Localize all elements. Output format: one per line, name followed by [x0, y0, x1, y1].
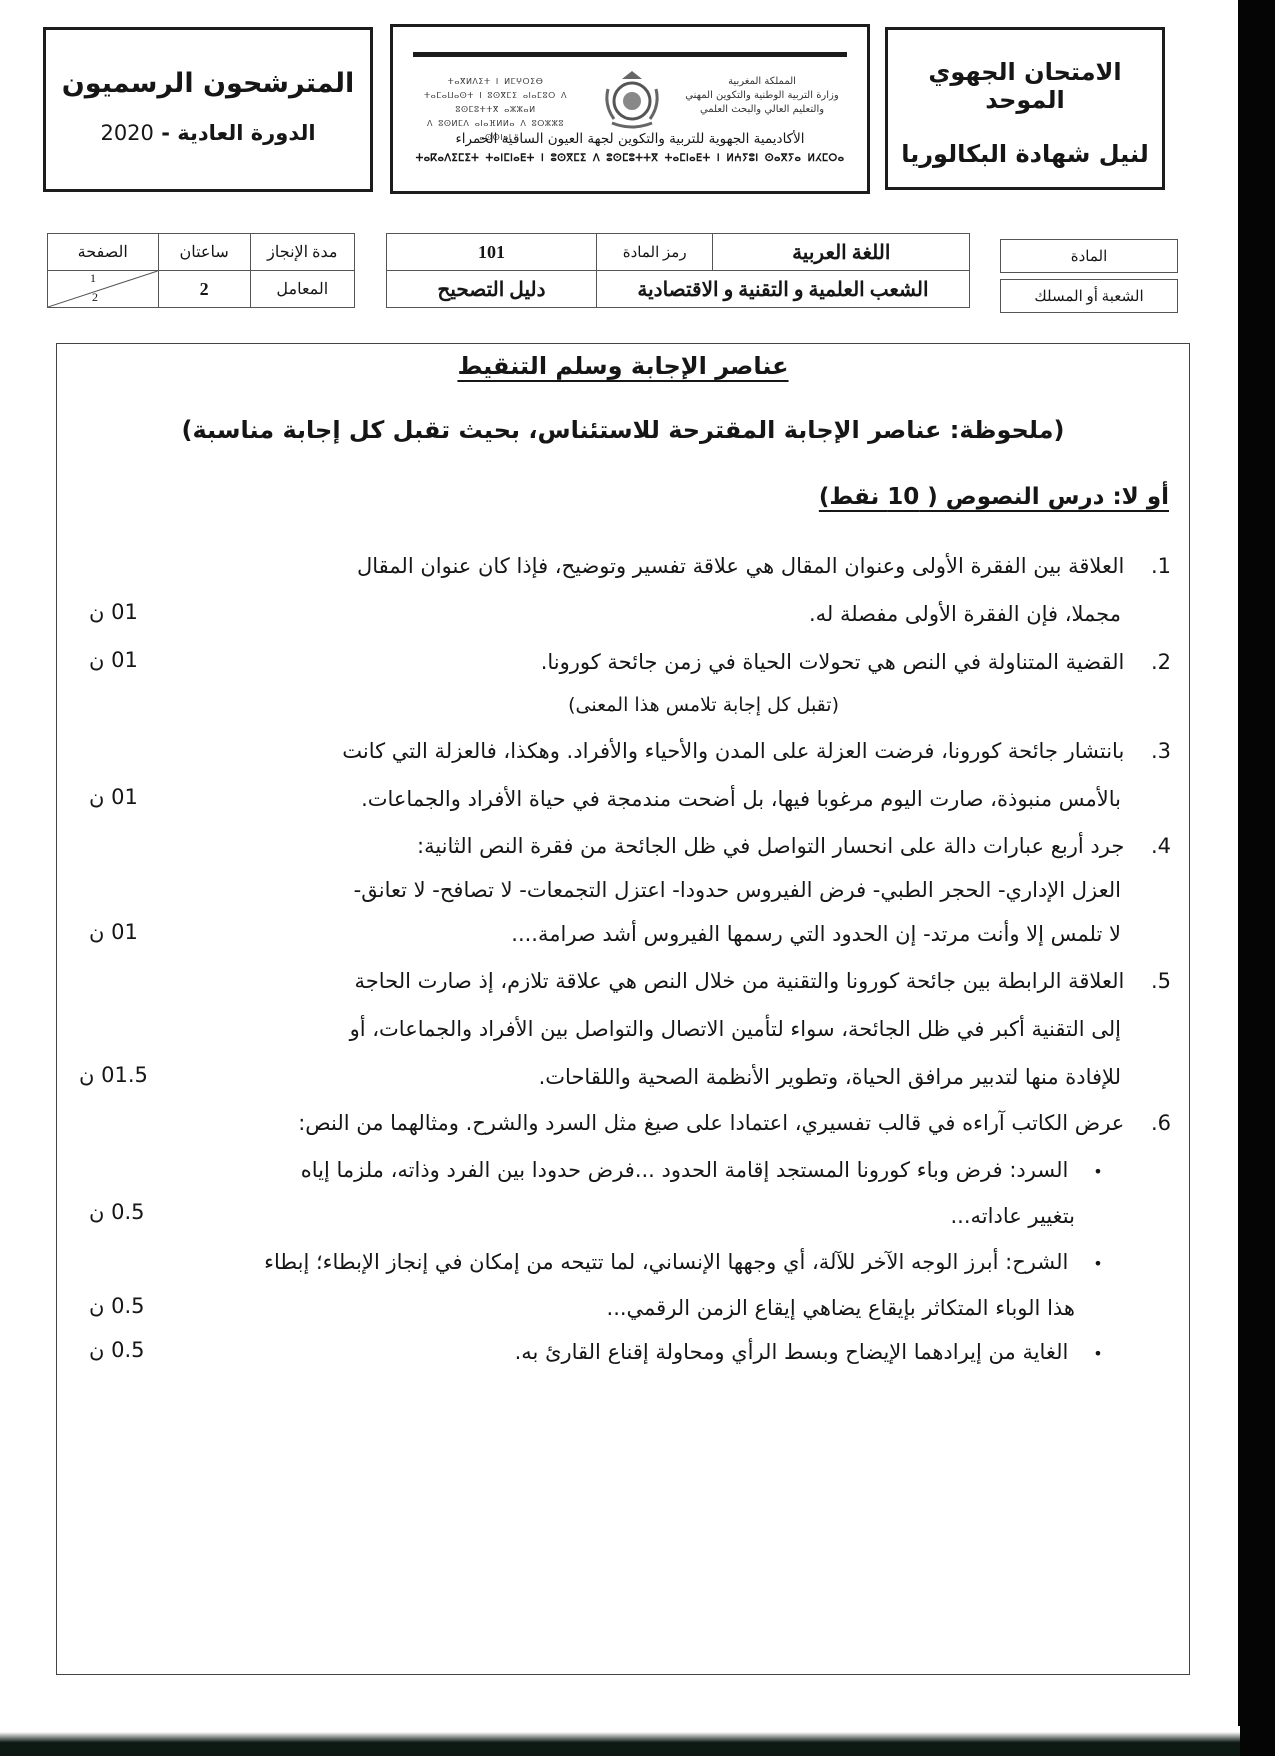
ministry-box: ⵜⴰⴳⵍⴷⵉⵜ ⵏ ⵍⵎⵖⵔⵉⴱ ⵜⴰⵎⴰⵡⴰⵙⵜ ⵏ ⵓⵙⴳⵎⵉ ⴰⵏⴰⵎⵓⵔ… [390, 24, 870, 194]
answer-key-title: عناصر الإجابة وسلم التنقيط [57, 352, 1189, 380]
session-line: الدورة العادية - 2020 [46, 121, 370, 145]
stream-value: الشعب العلمية و التقنية و الاقتصادية [596, 271, 969, 308]
item-number: 2. [1131, 650, 1171, 674]
subject-label: المادة [1000, 239, 1178, 273]
bullet-text-line: بتغيير عاداته... [951, 1204, 1076, 1228]
coefficient-value: 2 [158, 271, 250, 308]
item-score: 0.5 ن [89, 1200, 145, 1224]
academy-tifinagh: ⵜⴰⴽⴰⴷⵉⵎⵉⵜ ⵜⴰⵏⵎⵏⴰⴹⵜ ⵏ ⵓⵙⴳⵎⵉ ⴷ ⵓⵙⵎⵓⵜⵜⴳ ⵜⴰⵎ… [413, 153, 847, 164]
tifinagh-line-1: ⵜⴰⴳⵍⴷⵉⵜ ⵏ ⵍⵎⵖⵔⵉⴱ [413, 75, 578, 89]
page-total: 2 [92, 290, 98, 305]
item-score: 0.5 ن [89, 1294, 145, 1318]
item-text-line: لا تلمس إلا وأنت مرتد- إن الحدود التي رس… [511, 922, 1121, 946]
answer-key-frame: عناصر الإجابة وسلم التنقيط (ملحوظة: عناص… [56, 343, 1190, 1675]
bullet-icon: • [1075, 1162, 1121, 1181]
duration-label: مدة الإنجاز [250, 234, 354, 271]
item-text-line: العلاقة بين الفقرة الأولى وعنوان المقال … [357, 554, 1124, 578]
item-number: 1. [1131, 554, 1171, 578]
exam-title-line-1: الامتحان الجهوي الموحد [888, 58, 1162, 114]
item-number: 5. [1131, 969, 1171, 993]
item-score: 01 ن [89, 785, 138, 809]
subject-value: اللغة العربية [713, 234, 970, 271]
bullet-icon: • [1075, 1344, 1121, 1363]
item-score: 01.5 ن [79, 1063, 148, 1087]
code-value: 101 [387, 234, 597, 271]
item-text-line: (تقبل كل إجابة تلامس هذا المعنى) [568, 694, 839, 716]
subject-table: اللغة العربية رمز المادة 101 الشعب العلم… [386, 233, 970, 308]
item-text-line: عرض الكاتب آراءه في قالب تفسيري، اعتمادا… [298, 1111, 1124, 1135]
academy-arabic: الأكاديمية الجهوية للتربية والتكوين لجهة… [413, 131, 847, 147]
bullet-text-line: السرد: فرض وباء كورونا المستجد إقامة الح… [301, 1158, 1069, 1182]
item-score: 01 ن [89, 648, 138, 672]
arabic-line-3: والتعليم العالي والبحث العلمي [677, 103, 847, 117]
item-text-line: إلى التقنية أكبر في ظل الجائحة، سواء لتأ… [350, 1017, 1121, 1041]
tifinagh-line-2: ⵜⴰⵎⴰⵡⴰⵙⵜ ⵏ ⵓⵙⴳⵎⵉ ⴰⵏⴰⵎⵓⵔ ⴷ ⵓⵙⵎⵓⵜⵜⴳ ⴰⵣⵣⴰⵍ [413, 89, 578, 117]
bullet-text-line: الشرح: أبرز الوجه الآخر للآلة، أي وجهها … [264, 1250, 1068, 1274]
bullet-text-line: الغاية من إيرادهما الإيضاح وبسط الرأي وم… [515, 1340, 1069, 1364]
exam-title-box: الامتحان الجهوي الموحد لنيل شهادة البكال… [885, 27, 1165, 190]
arabic-line-2: وزارة التربية الوطنية والتكوين المهني [677, 89, 847, 103]
arabic-line-1: المملكة المغربية [677, 75, 847, 89]
coefficient-label: المعامل [250, 271, 354, 308]
item-text-line: العزل الإداري- الحجر الطبي- فرض الفيروس … [354, 878, 1121, 902]
item-text-line: العلاقة الرابطة بين جائحة كورونا والتقني… [355, 969, 1125, 993]
duration-table: مدة الإنجاز ساعتان الصفحة المعامل 2 1 2 [47, 233, 355, 308]
item-text-line: القضية المتناولة في النص هي تحولات الحيا… [541, 650, 1125, 674]
page-label: الصفحة [48, 234, 159, 271]
page-number-cell: 1 2 [48, 271, 159, 308]
code-label: رمز المادة [596, 234, 713, 271]
document-type: دليل التصحيح [387, 271, 597, 308]
answer-key-note: (ملحوظة: عناصر الإجابة المقترحة للاستئنا… [57, 416, 1189, 444]
candidates-title: المترشحون الرسميون [46, 68, 370, 99]
section-heading: أو لا: درس النصوص ( 10 نقط) [819, 484, 1169, 510]
stream-label: الشعبة أو المسلك [1000, 279, 1178, 313]
session-year: 2020 [100, 121, 153, 145]
item-text-line: بانتشار جائحة كورونا، فرضت العزلة على ال… [342, 739, 1124, 763]
item-score: 01 ن [89, 920, 138, 944]
scan-edge-bottom [0, 1726, 1240, 1756]
bullet-item-explanation: • الشرح: أبرز الوجه الآخر للآلة، أي وجهه… [264, 1250, 1121, 1274]
labels-table: المادة الشعبة أو المسلك [1000, 233, 1178, 319]
scan-edge-right [1238, 0, 1275, 1756]
bullet-text-line: هذا الوباء المتكاثر بإيقاع يضاهي إيقاع ا… [607, 1296, 1075, 1320]
item-text-line: للإفادة منها لتدبير مرافق الحياة، وتطوير… [539, 1065, 1121, 1089]
item-text-line: بالأمس منبوذة، صارت اليوم مرغوبا فيها، ب… [361, 787, 1121, 811]
bullet-icon: • [1075, 1254, 1121, 1273]
duration-value: ساعتان [158, 234, 250, 271]
item-score: 0.5 ن [89, 1338, 145, 1362]
header-divider-bar [413, 52, 847, 57]
item-number: 4. [1131, 834, 1171, 858]
exam-title-line-2: لنيل شهادة البكالوريا [888, 140, 1162, 168]
item-number: 6. [1131, 1111, 1171, 1135]
item-score: 01 ن [89, 600, 138, 624]
session-separator: - [161, 121, 170, 145]
bullet-item-narration: • السرد: فرض وباء كورونا المستجد إقامة ا… [301, 1158, 1121, 1182]
bullet-item-purpose: • الغاية من إيرادهما الإيضاح وبسط الرأي … [515, 1340, 1121, 1364]
candidates-box: المترشحون الرسميون الدورة العادية - 2020 [43, 27, 373, 192]
item-text-line: مجملا، فإن الفقرة الأولى مفصلة له. [809, 602, 1121, 626]
page-current: 1 [90, 271, 96, 286]
royal-emblem-icon [598, 69, 666, 129]
item-text-line: جرد أربع عبارات دالة على انحسار التواصل … [417, 834, 1124, 858]
diagonal-divider-icon [48, 271, 158, 307]
arabic-ministry-block: المملكة المغربية وزارة التربية الوطنية و… [677, 75, 847, 117]
session-label: الدورة العادية [177, 121, 315, 145]
item-number: 3. [1131, 739, 1171, 763]
